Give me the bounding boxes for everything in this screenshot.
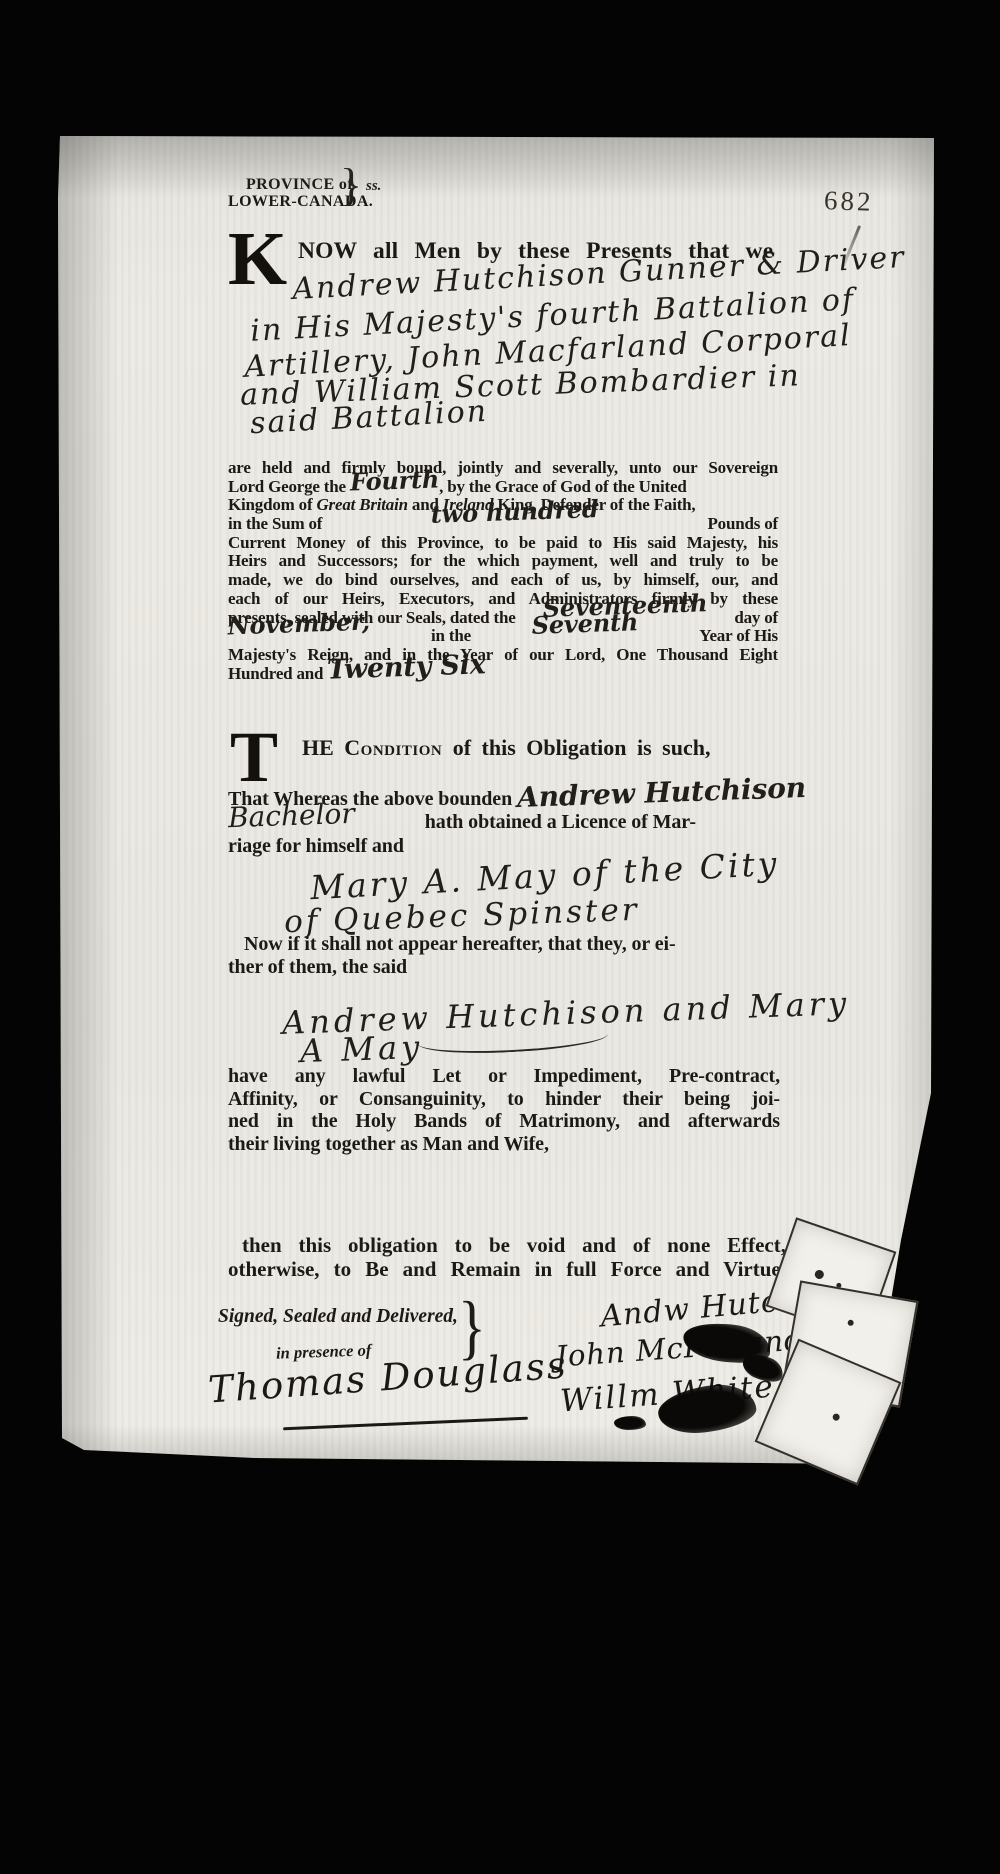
signature-underline bbox=[283, 1417, 528, 1430]
bond-text: in the Sum of bbox=[228, 515, 322, 534]
drop-cap-k: K bbox=[228, 228, 287, 290]
whereas-line: riage for himself and bbox=[228, 835, 404, 858]
condition-heading: HE Condition of this Obligation is such, bbox=[302, 735, 710, 761]
handwritten-month: November, bbox=[228, 622, 371, 646]
handwritten-regnal-name: Fourth bbox=[350, 479, 439, 482]
bond-line: made, we do bind ourselves, and each of … bbox=[228, 571, 778, 590]
ink-blot bbox=[614, 1416, 646, 1430]
handwritten-regnal-year: Seventh bbox=[532, 622, 639, 644]
closing-line: otherwise, to Be and Remain in full Forc… bbox=[228, 1257, 786, 1281]
handwritten-sum: two hundred bbox=[431, 509, 599, 534]
handwritten-couple-line: A May bbox=[299, 1028, 423, 1070]
bond-text: Kingdom of bbox=[228, 495, 316, 514]
condition-heading-smallcaps: Condition bbox=[344, 735, 442, 760]
handwritten-groom-name: Andrew Hutchison bbox=[517, 788, 806, 798]
condition-heading-text: HE bbox=[302, 735, 344, 760]
bond-line: Hundred and Twenty Six bbox=[228, 665, 778, 684]
bond-text: , by the Grace of God of the United bbox=[439, 477, 687, 496]
handwritten-year: Twenty Six bbox=[327, 665, 485, 671]
attestation-line: Signed, Sealed and Delivered, bbox=[218, 1306, 458, 1328]
closing-clause: then this obligation to be void and of n… bbox=[228, 1233, 786, 1281]
bond-text: Hundred and bbox=[228, 664, 327, 683]
bond-text: Year of His bbox=[699, 627, 778, 646]
province-brace: } bbox=[340, 162, 362, 208]
impediment-line: have any lawful Let or Impediment, Pre-c… bbox=[228, 1065, 780, 1088]
seal-ink-speck bbox=[847, 1319, 854, 1326]
impediment-line: ned in the Holy Bands of Matrimony, and … bbox=[228, 1110, 780, 1133]
bond-text: Lord George the bbox=[228, 477, 350, 496]
bond-text: day of bbox=[734, 609, 778, 628]
bond-line: Lord George the Fourth, by the Grace of … bbox=[228, 478, 778, 497]
bond-text-italic: Great Britain bbox=[316, 495, 407, 514]
page-number: 682 bbox=[823, 185, 874, 218]
whereas-text: hath obtained a Licence of Mar- bbox=[425, 811, 696, 833]
bond-line: in the Sum oftwo hundredPounds of bbox=[228, 515, 778, 534]
impediment-paragraph: have any lawful Let or Impediment, Pre-c… bbox=[228, 1065, 780, 1155]
handwritten-groom-status: Bachelor bbox=[228, 814, 355, 818]
impediment-line: their living together as Man and Wife, bbox=[228, 1133, 780, 1156]
impediment-line: Affinity, or Consanguinity, to hinder th… bbox=[228, 1088, 780, 1111]
seal-ink-speck bbox=[814, 1269, 825, 1280]
witness-signature: Thomas Douglass bbox=[207, 1343, 569, 1411]
closing-line: then this obligation to be void and of n… bbox=[228, 1233, 786, 1257]
bond-line: Majesty's Reign, and in the Year of our … bbox=[228, 646, 778, 665]
bond-paragraph: are held and firmly bound, jointly and s… bbox=[228, 459, 778, 683]
whereas-line: Bachelorhath obtained a Licence of Mar- bbox=[228, 811, 696, 834]
bond-text: Pounds of bbox=[708, 515, 778, 534]
bond-line: November,in theSeventhYear of His bbox=[228, 627, 778, 646]
condition-heading-text: of this Obligation is such, bbox=[442, 735, 710, 760]
drop-cap-t: T bbox=[230, 728, 278, 787]
seal-ink-speck bbox=[832, 1413, 841, 1422]
bond-text: in the bbox=[431, 627, 471, 646]
scanned-document-background: PROVINCE of LOWER-CANADA. } ss. 682 K NO… bbox=[0, 0, 1000, 1874]
now-line: Now if it shall not appear hereafter, th… bbox=[244, 933, 676, 956]
bond-line: Current Money of this Province, to be pa… bbox=[228, 534, 778, 553]
jurisdiction-abbrev: ss. bbox=[366, 178, 381, 195]
bond-line: are held and firmly bound, jointly and s… bbox=[228, 459, 778, 478]
bond-line: Heirs and Successors; for the which paym… bbox=[228, 552, 778, 571]
now-line: ther of them, the said bbox=[228, 956, 407, 979]
